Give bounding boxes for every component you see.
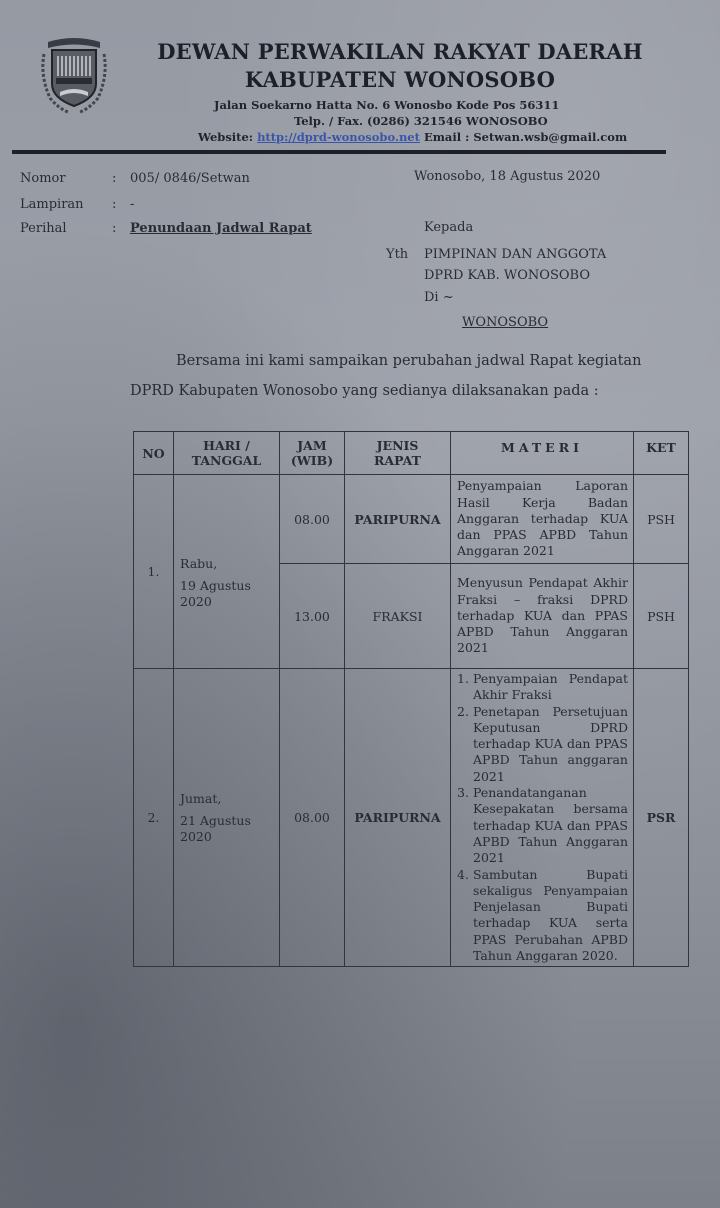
recipient-yth: Yth	[386, 247, 408, 262]
materi-item: 1.Penyampaian Pendapat Akhir Fraksi	[457, 671, 628, 704]
nomor-value: 005/ 0846/Setwan	[130, 171, 250, 186]
letterhead-address: Jalan Soekarno Hatta No. 6 Wonosbo Kode …	[214, 98, 559, 112]
letterhead-divider	[12, 150, 666, 154]
materi-item: 4.Sambutan Bupati sekaligus Penyampaian …	[457, 867, 628, 965]
session-materi: Menyusun Pendapat Akhir Fraksi – fraksi …	[451, 564, 634, 669]
row-no: 1.	[134, 475, 174, 669]
schedule-table: NO HARI /TANGGAL JAM(WIB) JENISRAPAT MAT…	[133, 431, 689, 967]
row-day-date: Jumat, 21 Agustus 2020	[174, 669, 280, 967]
header-ket: KET	[634, 432, 689, 475]
session-type: PARIPURNA	[345, 669, 451, 967]
dprd-emblem-icon	[38, 36, 110, 114]
lampiran-colon: :	[112, 197, 116, 212]
session-ket: PSH	[634, 475, 689, 564]
letterhead-phone: Telp. / Fax. (0286) 321546 WONOSOBO	[294, 114, 548, 128]
materi-item: 3.Penandatanganan Kesepakatan bersama te…	[457, 785, 628, 866]
table-header-row: NO HARI /TANGGAL JAM(WIB) JENISRAPAT MAT…	[134, 432, 689, 475]
nomor-colon: :	[112, 171, 116, 186]
letterhead-contact: Website: http://dprd-wonosobo.net Email …	[198, 130, 627, 144]
header-no: NO	[134, 432, 174, 475]
session-time: 08.00	[280, 669, 345, 967]
table-row: 2. Jumat, 21 Agustus 2020 08.00 PARIPURN…	[134, 669, 689, 967]
org-name-line2: KABUPATEN WONOSOBO	[150, 66, 650, 94]
header-materi: MATERI	[451, 432, 634, 475]
recipient-line2: DPRD KAB. WONOSOBO	[424, 268, 590, 283]
email-label: Email :	[420, 130, 473, 144]
session-materi-list: 1.Penyampaian Pendapat Akhir Fraksi 2.Pe…	[451, 669, 634, 967]
header-jam: JAM(WIB)	[280, 432, 345, 475]
perihal-colon: :	[112, 221, 116, 236]
email-address[interactable]: Setwan.wsb@gmail.com	[473, 130, 627, 144]
body-paragraph-line2: DPRD Kabupaten Wonosobo yang sedianya di…	[130, 383, 599, 399]
materi-item: 2.Penetapan Persetujuan Keputusan DPRD t…	[457, 704, 628, 785]
header-jenis-rapat: JENISRAPAT	[345, 432, 451, 475]
recipient-line1: PIMPINAN DAN ANGGOTA	[424, 247, 606, 262]
header-hari-tanggal: HARI /TANGGAL	[174, 432, 280, 475]
materi-list: 1.Penyampaian Pendapat Akhir Fraksi 2.Pe…	[457, 671, 628, 964]
lampiran-value: -	[130, 197, 134, 212]
session-time: 08.00	[280, 475, 345, 564]
perihal-label: Perihal	[20, 221, 67, 236]
nomor-label: Nomor	[20, 171, 66, 186]
recipient-di: Di ~	[424, 290, 454, 305]
row-no: 2.	[134, 669, 174, 967]
session-ket: PSR	[634, 669, 689, 967]
session-type: PARIPURNA	[345, 475, 451, 564]
place-date: Wonosobo, 18 Agustus 2020	[414, 169, 600, 184]
recipient-city: WONOSOBO	[462, 315, 548, 330]
session-type: FRAKSI	[345, 564, 451, 669]
website-label: Website:	[198, 130, 257, 144]
lampiran-label: Lampiran	[20, 197, 84, 212]
session-ket: PSH	[634, 564, 689, 669]
letterhead-org-name: DEWAN PERWAKILAN RAKYAT DAERAH KABUPATEN…	[150, 38, 650, 94]
body-paragraph-line1: Bersama ini kami sampaikan perubahan jad…	[176, 353, 641, 369]
table-row: 1. Rabu, 19 Agustus 2020 08.00 PARIPURNA…	[134, 475, 689, 564]
session-materi: Penyampaian Laporan Hasil Kerja Badan An…	[451, 475, 634, 564]
session-time: 13.00	[280, 564, 345, 669]
website-link[interactable]: http://dprd-wonosobo.net	[257, 130, 420, 144]
row-day-date: Rabu, 19 Agustus 2020	[174, 475, 280, 669]
perihal-value: Penundaan Jadwal Rapat	[130, 221, 312, 236]
org-name-line1: DEWAN PERWAKILAN RAKYAT DAERAH	[150, 38, 650, 66]
recipient-kepada: Kepada	[424, 220, 473, 235]
